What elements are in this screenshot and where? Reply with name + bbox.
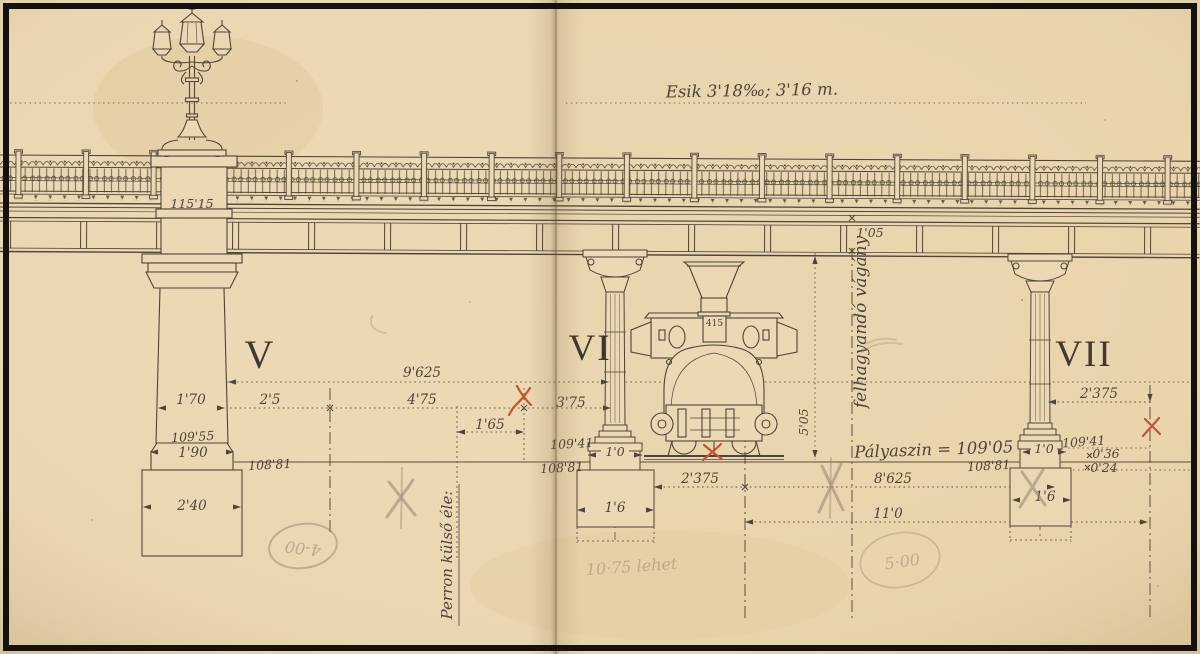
vignette [0, 0, 1200, 654]
drawing-sheet: Esik 3'18‰; 3'16 m. 115'15 V VI VII 9'62… [0, 0, 1200, 654]
bridge-elevation-drawing: Esik 3'18‰; 3'16 m. 115'15 V VI VII 9'62… [0, 0, 1200, 654]
